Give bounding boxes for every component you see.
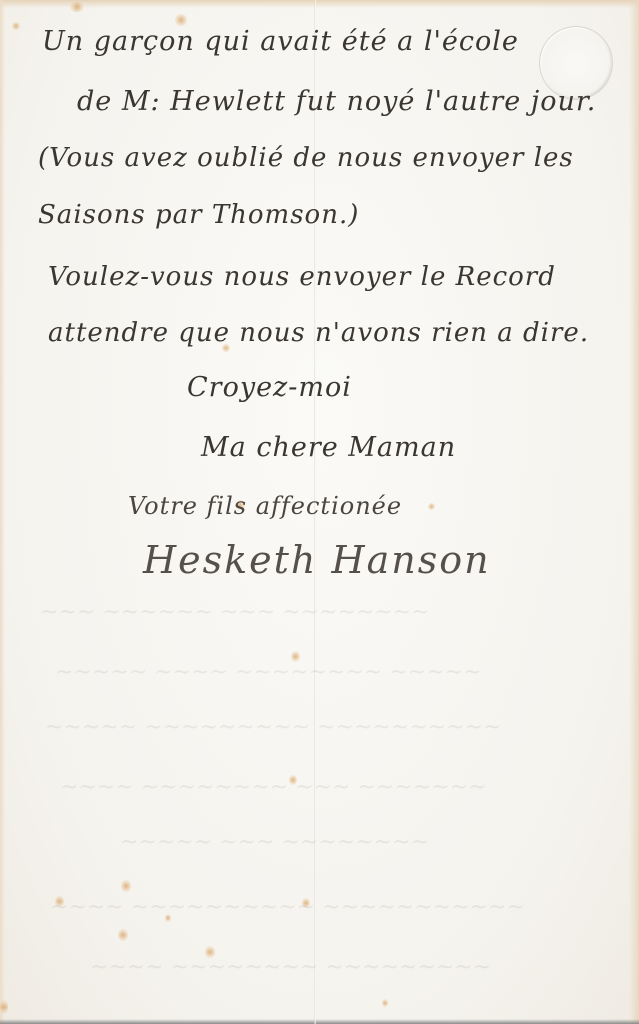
show-through-text: ~~~~~ ~~~ ~~~~~~~~	[120, 830, 429, 855]
closing-votre-fils: Votre fils affectionée	[128, 492, 402, 520]
closing-ma-chere-maman: Ma chere Maman	[201, 432, 456, 463]
letter-page: ~~~ ~~~~~~ ~~~ ~~~~~~~~ ~~~~~ ~~~~ ~~~~~…	[0, 0, 639, 1024]
show-through-text: ~~~~ ~~~~~~~~ ~~~~~~~~~	[90, 955, 491, 980]
closing-croyez-moi: Croyez-moi	[187, 372, 352, 403]
letter-line-2: de M: Hewlett fut noyé l'autre jour.	[77, 86, 596, 117]
letter-line-3: (Vous avez oublié de nous envoyer les	[38, 143, 574, 173]
letter-line-4: Saisons par Thomson.)	[38, 200, 359, 230]
letter-line-1: Un garçon qui avait été a l'école	[42, 26, 519, 57]
show-through-text: ~~~ ~~~~~~ ~~~ ~~~~~~~~	[40, 600, 430, 625]
show-through-text: ~~~~~ ~~~~~~~~~ ~~~~~~~~~~	[45, 715, 501, 740]
paper-top-edge-stain	[0, 0, 639, 8]
letter-line-6: attendre que nous n'avons rien a dire.	[48, 318, 589, 348]
signature: Hesketh Hanson	[143, 538, 491, 582]
paper-bottom-edge-shadow	[0, 1019, 639, 1024]
foxing-spot	[0, 1000, 8, 1014]
paper-right-edge-stain	[629, 0, 639, 1024]
foxing-spot	[70, 2, 84, 12]
foxing-spot	[118, 929, 128, 941]
show-through-text: ~~~~~ ~~~~ ~~~~~~~~ ~~~~~	[55, 660, 482, 685]
foxing-spot	[121, 880, 131, 892]
show-through-text: ~~~~ ~~~~~~~~ ~~~ ~~~~~~~	[60, 775, 487, 800]
foxing-spot	[12, 22, 20, 30]
foxing-spot	[382, 999, 388, 1007]
show-through-text: ~~~~ ~~~~~~~~~~ ~~~~~~~~~~~	[50, 895, 525, 920]
foxing-spot	[175, 14, 187, 26]
letter-line-5: Voulez-vous nous envoyer le Record	[48, 262, 556, 292]
foxing-spot	[428, 503, 435, 510]
paper-left-edge-stain	[0, 0, 5, 1024]
